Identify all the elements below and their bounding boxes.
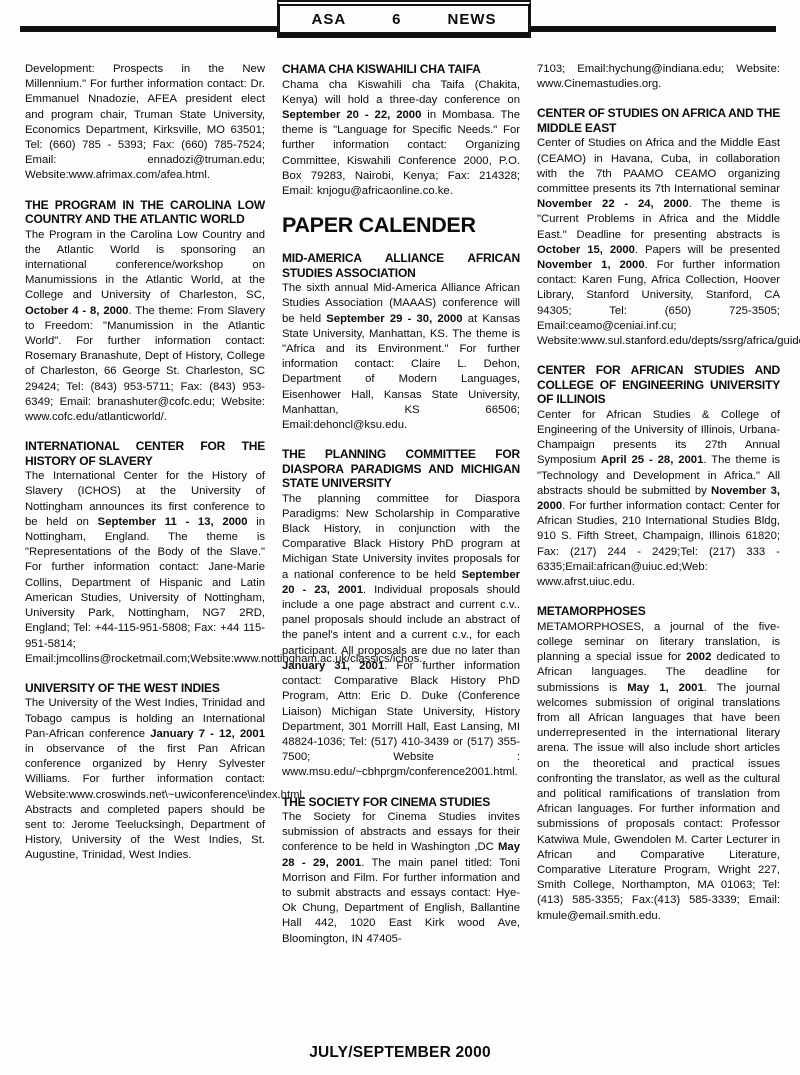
- paragraph-text: in Mombasa. The theme is "Language for S…: [282, 109, 520, 197]
- highlighted-date: April 25 - 28, 2001: [601, 454, 703, 466]
- article-section: METAMORPHOSESMETAMORPHOSES, a journal of…: [537, 604, 780, 924]
- section-paragraph: The Program in the Carolina Low Country …: [25, 228, 265, 426]
- section-paragraph: 7103; Email:hychung@indiana.edu; Website…: [537, 62, 780, 92]
- section-heading: THE PROGRAM IN THE CAROLINA LOW COUNTRY …: [25, 198, 265, 227]
- article-section: 7103; Email:hychung@indiana.edu; Website…: [537, 62, 780, 92]
- highlighted-date: November 22 - 24, 2000: [537, 198, 689, 210]
- section-paragraph: The University of the West Indies, Trini…: [25, 696, 265, 863]
- section-paragraph: Chama cha Kiswahili cha Taifa (Chakita, …: [282, 78, 520, 200]
- section-paragraph: The sixth annual Mid-America Alliance Af…: [282, 281, 520, 433]
- column-1: Development: Prospects in the New Millen…: [25, 62, 265, 961]
- paragraph-text: Development: Prospects in the New Millen…: [25, 63, 265, 181]
- section-paragraph: The International Center for the History…: [25, 469, 265, 667]
- section-heading: INTERNATIONAL CENTER FOR THE HISTORY OF …: [25, 439, 265, 468]
- section-heading: CENTER FOR AFRICAN STUDIES AND COLLEGE O…: [537, 363, 780, 407]
- section-paragraph: METAMORPHOSES, a journal of the five-col…: [537, 620, 780, 924]
- paragraph-text: . For further information contact: Karen…: [537, 259, 800, 347]
- paragraph-text: . For further information contact: Compa…: [282, 660, 520, 778]
- newsletter-body: Development: Prospects in the New Millen…: [0, 46, 800, 961]
- journal-name-left: ASA: [311, 11, 346, 28]
- article-section: PAPER CALENDER: [282, 213, 520, 237]
- section-paragraph: The planning committee for Diaspora Para…: [282, 492, 520, 781]
- paragraph-text: Center of Studies on Africa and the Midd…: [537, 137, 780, 195]
- paragraph-text: Chama cha Kiswahili cha Taifa (Chakita, …: [282, 79, 520, 106]
- article-section: THE PROGRAM IN THE CAROLINA LOW COUNTRY …: [25, 198, 265, 426]
- section-paragraph: The Society for Cinema Studies invites s…: [282, 810, 520, 947]
- paragraph-text: . The main panel titled: Toni Morrison a…: [282, 857, 520, 945]
- highlighted-date: January 31, 2001: [282, 660, 384, 672]
- highlighted-date: October 15, 2000: [537, 244, 635, 256]
- article-section: CENTER FOR AFRICAN STUDIES AND COLLEGE O…: [537, 363, 780, 590]
- article-section: UNIVERSITY OF THE WEST INDIESThe Univers…: [25, 681, 265, 864]
- highlighted-date: September 29 - 30, 2000: [326, 313, 462, 325]
- paragraph-text: . The theme: From Slavery to Freedom: "M…: [25, 305, 265, 423]
- paragraph-text: in observance of the first Pan African c…: [25, 743, 305, 861]
- paragraph-text: . The journal welcomes submission of ori…: [537, 682, 780, 922]
- journal-name-right: NEWS: [448, 11, 497, 28]
- paragraph-text: 7103; Email:hychung@indiana.edu; Website…: [537, 63, 780, 90]
- paragraph-text: The planning committee for Diaspora Para…: [282, 493, 520, 581]
- paragraph-text: . For further information contact: Cente…: [537, 500, 780, 588]
- section-heading: THE SOCIETY FOR CINEMA STUDIES: [282, 795, 520, 810]
- highlighted-date: January 7 - 12, 2001: [150, 728, 265, 740]
- article-section: CENTER OF STUDIES ON AFRICA AND THE MIDD…: [537, 106, 780, 349]
- section-heading: MID-AMERICA ALLIANCE AFRICAN STUDIES ASS…: [282, 251, 520, 280]
- article-section: CHAMA CHA KISWAHILI CHA TAIFAChama cha K…: [282, 62, 520, 199]
- calendar-section-title: PAPER CALENDER: [282, 213, 520, 237]
- column-2: CHAMA CHA KISWAHILI CHA TAIFAChama cha K…: [282, 62, 520, 961]
- paragraph-text: at Kansas State University, Manhattan, K…: [282, 313, 520, 431]
- section-heading: THE PLANNING COMMITTEE FOR DIASPORA PARA…: [282, 447, 520, 491]
- highlighted-date: October 4 - 8, 2000: [25, 305, 128, 317]
- article-section: Development: Prospects in the New Millen…: [25, 62, 265, 184]
- paragraph-text: The Society for Cinema Studies invites s…: [282, 811, 520, 853]
- masthead-title-box: ASA 6 NEWS: [277, 0, 531, 38]
- highlighted-date: September 11 - 13, 2000: [98, 516, 248, 528]
- page-footer: JULY/SEPTEMBER 2000: [0, 1044, 800, 1062]
- article-section: THE PLANNING COMMITTEE FOR DIASPORA PARA…: [282, 447, 520, 780]
- section-heading: METAMORPHOSES: [537, 604, 780, 619]
- section-paragraph: Center for African Studies & College of …: [537, 408, 780, 590]
- highlighted-date: May 1, 2001: [627, 682, 703, 694]
- masthead: ASA 6 NEWS: [0, 0, 800, 46]
- issue-date: JULY/SEPTEMBER 2000: [309, 1044, 491, 1061]
- article-section: THE SOCIETY FOR CINEMA STUDIESThe Societ…: [282, 795, 520, 947]
- section-heading: CENTER OF STUDIES ON AFRICA AND THE MIDD…: [537, 106, 780, 135]
- highlighted-date: September 20 - 22, 2000: [282, 109, 421, 121]
- section-heading: UNIVERSITY OF THE WEST INDIES: [25, 681, 265, 696]
- column-3: 7103; Email:hychung@indiana.edu; Website…: [537, 62, 780, 961]
- highlighted-date: November 1, 2000: [537, 259, 645, 271]
- section-heading: CHAMA CHA KISWAHILI CHA TAIFA: [282, 62, 520, 77]
- highlighted-date: 2002: [686, 651, 711, 663]
- section-paragraph: Development: Prospects in the New Millen…: [25, 62, 265, 184]
- article-section: MID-AMERICA ALLIANCE AFRICAN STUDIES ASS…: [282, 251, 520, 433]
- paragraph-text: . Papers will be presented: [635, 244, 780, 256]
- article-section: INTERNATIONAL CENTER FOR THE HISTORY OF …: [25, 439, 265, 667]
- section-paragraph: Center of Studies on Africa and the Midd…: [537, 136, 780, 349]
- paragraph-text: The Program in the Carolina Low Country …: [25, 229, 265, 302]
- page-number: 6: [392, 11, 401, 28]
